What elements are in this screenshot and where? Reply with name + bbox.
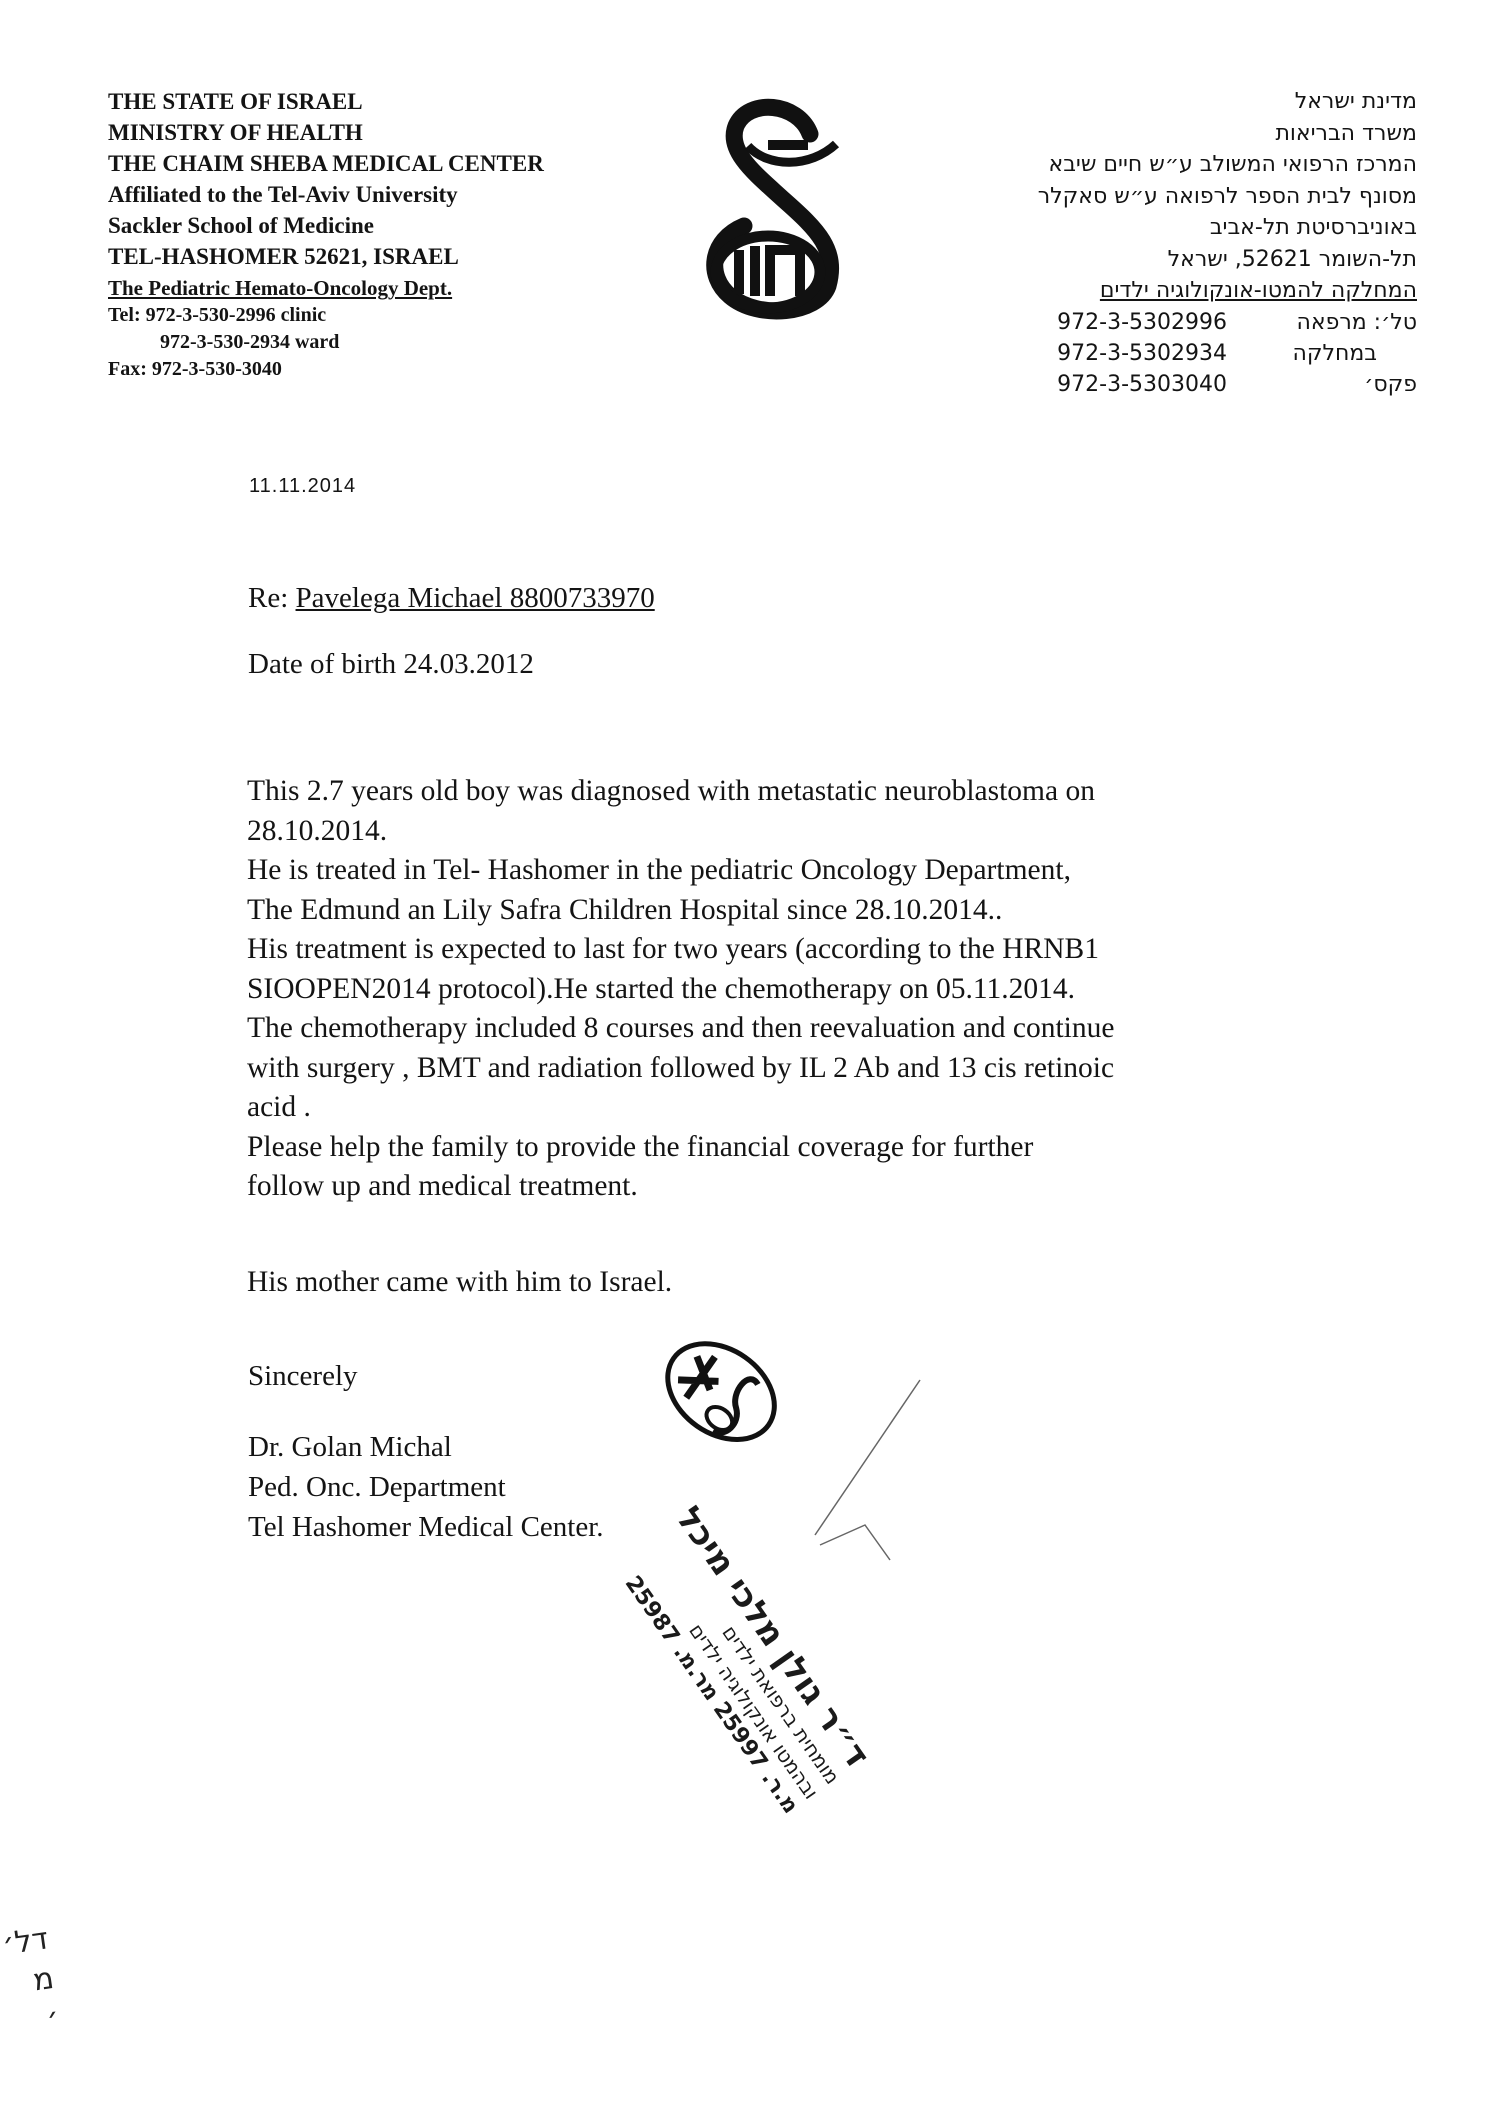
body-line: with surgery , BMT and radiation followe… bbox=[247, 1049, 1327, 1089]
sheba-serpent-logo-icon bbox=[688, 90, 868, 320]
phone-label: טל׳: מרפאה bbox=[1227, 307, 1417, 338]
signature-block: Dr. Golan Michal Ped. Onc. Department Te… bbox=[248, 1427, 604, 1547]
letterhead-line-he: מסונף לבית הספר לרפואה ע״ש סאקלר bbox=[1038, 181, 1417, 213]
body-line: Please help the family to provide the fi… bbox=[247, 1128, 1327, 1168]
signer-name: Dr. Golan Michal bbox=[248, 1427, 604, 1467]
phone-number: 972-3-5302934 bbox=[1057, 338, 1227, 369]
letterhead-line: Sackler School of Medicine bbox=[108, 210, 544, 241]
re-subject: Pavelega Michael 8800733970 bbox=[296, 582, 655, 614]
letterhead-line-he: באוניברסיטת תל-אביב bbox=[1038, 212, 1417, 244]
letterhead-line: THE CHAIM SHEBA MEDICAL CENTER bbox=[108, 148, 544, 179]
letterhead-line-he: מדינת ישראל bbox=[1038, 86, 1417, 118]
letterhead-line-he: המרכז הרפואי המשולב ע״ש חיים שיבא bbox=[1038, 149, 1417, 181]
letter-page: THE STATE OF ISRAEL MINISTRY OF HEALTH T… bbox=[0, 0, 1487, 2105]
body-line: acid . bbox=[247, 1088, 1327, 1128]
re-prefix: Re: bbox=[248, 582, 296, 614]
body-line: His treatment is expected to last for tw… bbox=[247, 930, 1327, 970]
department-name-he: המחלקה להמטו-אונקולוגיה ילדים bbox=[1038, 275, 1417, 307]
letter-body: This 2.7 years old boy was diagnosed wit… bbox=[247, 772, 1327, 1302]
letterhead-hebrew: מדינת ישראל משרד הבריאות המרכז הרפואי המ… bbox=[1038, 86, 1417, 400]
letter-date: 11.11.2014 bbox=[249, 475, 356, 498]
letterhead-english: THE STATE OF ISRAEL MINISTRY OF HEALTH T… bbox=[108, 86, 544, 383]
letterhead-line-he: תל-השומר 52621, ישראל bbox=[1038, 244, 1417, 276]
body-line: 28.10.2014. bbox=[247, 812, 1327, 852]
tel-clinic: Tel: 972-3-530-2996 clinic bbox=[108, 302, 544, 329]
corner-marks: דל׳ מ ׳ bbox=[0, 1919, 62, 2044]
phone-label: פקס׳ bbox=[1227, 369, 1417, 400]
corner-mark: ׳ bbox=[11, 1999, 62, 2045]
body-line: This 2.7 years old boy was diagnosed wit… bbox=[247, 772, 1327, 812]
letterhead-line: TEL-HASHOMER 52621, ISRAEL bbox=[108, 241, 544, 272]
body-line: The Edmund an Lily Safra Children Hospit… bbox=[247, 891, 1327, 931]
phone-row: במחלקה 972-3-5302934 bbox=[1038, 338, 1417, 369]
phone-row: טל׳: מרפאה 972-3-5302996 bbox=[1038, 307, 1417, 338]
signer-department: Ped. Onc. Department bbox=[248, 1467, 604, 1507]
phone-label: במחלקה bbox=[1227, 338, 1417, 369]
corner-mark: דל׳ bbox=[0, 1919, 51, 1965]
letterhead-line: Affiliated to the Tel-Aviv University bbox=[108, 179, 544, 210]
phone-row: פקס׳ 972-3-5303040 bbox=[1038, 369, 1417, 400]
letterhead-line: MINISTRY OF HEALTH bbox=[108, 117, 544, 148]
signer-institution: Tel Hashomer Medical Center. bbox=[248, 1507, 604, 1547]
letterhead-line-he: משרד הבריאות bbox=[1038, 118, 1417, 150]
body-line: The chemotherapy included 8 courses and … bbox=[247, 1009, 1327, 1049]
fax: Fax: 972-3-530-3040 bbox=[108, 356, 544, 383]
re-line: Re: Pavelega Michael 8800733970 bbox=[248, 582, 655, 615]
date-of-birth: Date of birth 24.03.2012 bbox=[248, 648, 534, 681]
letterhead-line: THE STATE OF ISRAEL bbox=[108, 86, 544, 117]
body-line: follow up and medical treatment. bbox=[247, 1167, 1327, 1207]
closing: Sincerely bbox=[248, 1360, 358, 1393]
phone-number: 972-3-5303040 bbox=[1057, 369, 1227, 400]
body-line: He is treated in Tel- Hashomer in the pe… bbox=[247, 851, 1327, 891]
department-name: The Pediatric Hemato-Oncology Dept. bbox=[108, 274, 544, 302]
corner-mark: מ bbox=[5, 1959, 56, 2005]
body-line: SIOOPEN2014 protocol).He started the che… bbox=[247, 970, 1327, 1010]
phone-number: 972-3-5302996 bbox=[1057, 307, 1227, 338]
tel-ward: 972-3-530-2934 ward bbox=[108, 329, 544, 356]
mother-note: His mother came with him to Israel. bbox=[247, 1263, 1327, 1303]
